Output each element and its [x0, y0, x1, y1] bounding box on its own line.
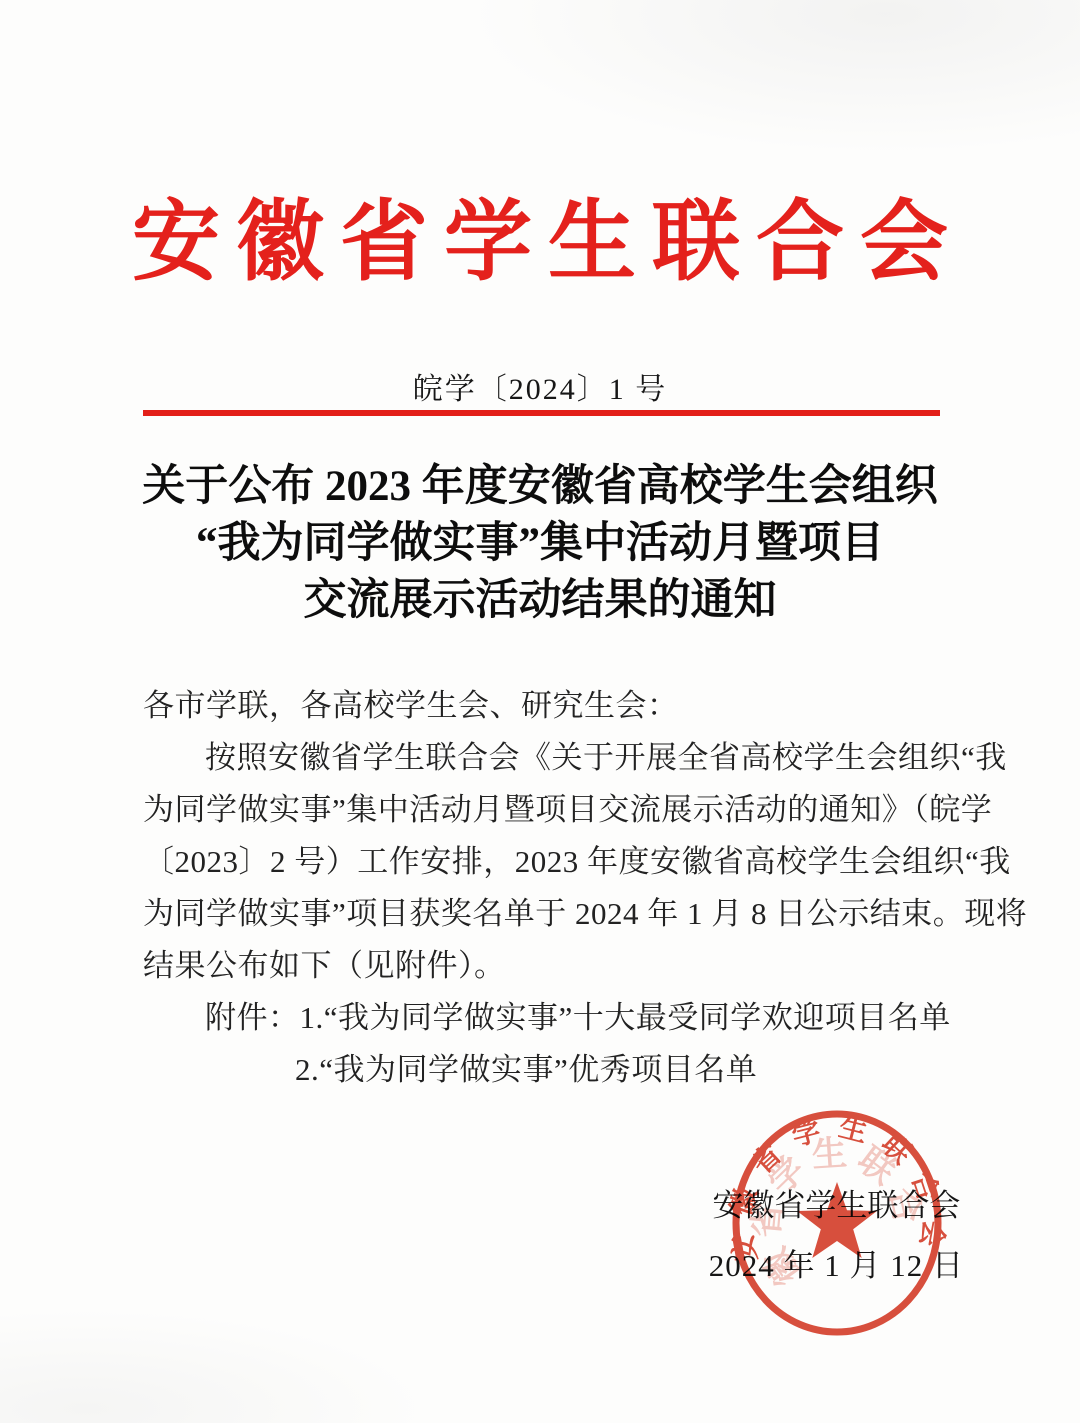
paragraph-line: 结果公布如下（见附件）。	[143, 940, 945, 992]
title-line-2: “我为同学做实事”集中活动月暨项目	[80, 515, 1000, 572]
paragraph-line: 〔2023〕2 号）工作安排，2023 年度安徽省高校学生会组织“我	[143, 836, 945, 888]
attachment-line-1: 附件：1.“我为同学做实事”十大最受同学欢迎项目名单	[143, 992, 945, 1044]
title-line-1: 关于公布 2023 年度安徽省高校学生会组织	[80, 458, 1000, 515]
signature-org-name: 安徽省学生联合会	[709, 1186, 964, 1226]
red-divider-rule	[143, 410, 940, 416]
salutation-line: 各市学联，各高校学生会、研究生会：	[143, 680, 945, 732]
paragraph-line: 为同学做实事”集中活动月暨项目交流展示活动的通知》（皖学	[143, 784, 945, 836]
document-title: 关于公布 2023 年度安徽省高校学生会组织 “我为同学做实事”集中活动月暨项目…	[80, 458, 1000, 629]
letterhead-org-name: 安徽省学生联合会	[0, 172, 1080, 298]
document-number: 皖学〔2024〕1 号	[0, 364, 1080, 408]
paragraph-line: 按照安徽省学生联合会《关于开展全省高校学生会组织“我	[143, 732, 945, 784]
paragraph-line: 为同学做实事”项目获奖名单于 2024 年 1 月 8 日公示结束。现将	[143, 888, 945, 940]
signature-date: 2024 年 1 月 12 日	[709, 1246, 964, 1286]
document-page: 安徽省学生联合会 皖学〔2024〕1 号 关于公布 2023 年度安徽省高校学生…	[0, 0, 1080, 1423]
title-line-3: 交流展示活动结果的通知	[80, 572, 1000, 629]
signature-block: 安徽省学生联合会 2024 年 1 月 12 日	[709, 1186, 964, 1286]
attachment-line-2: 2.“我为同学做实事”优秀项目名单	[143, 1044, 945, 1096]
document-body: 各市学联，各高校学生会、研究生会： 按照安徽省学生联合会《关于开展全省高校学生会…	[143, 680, 945, 1096]
